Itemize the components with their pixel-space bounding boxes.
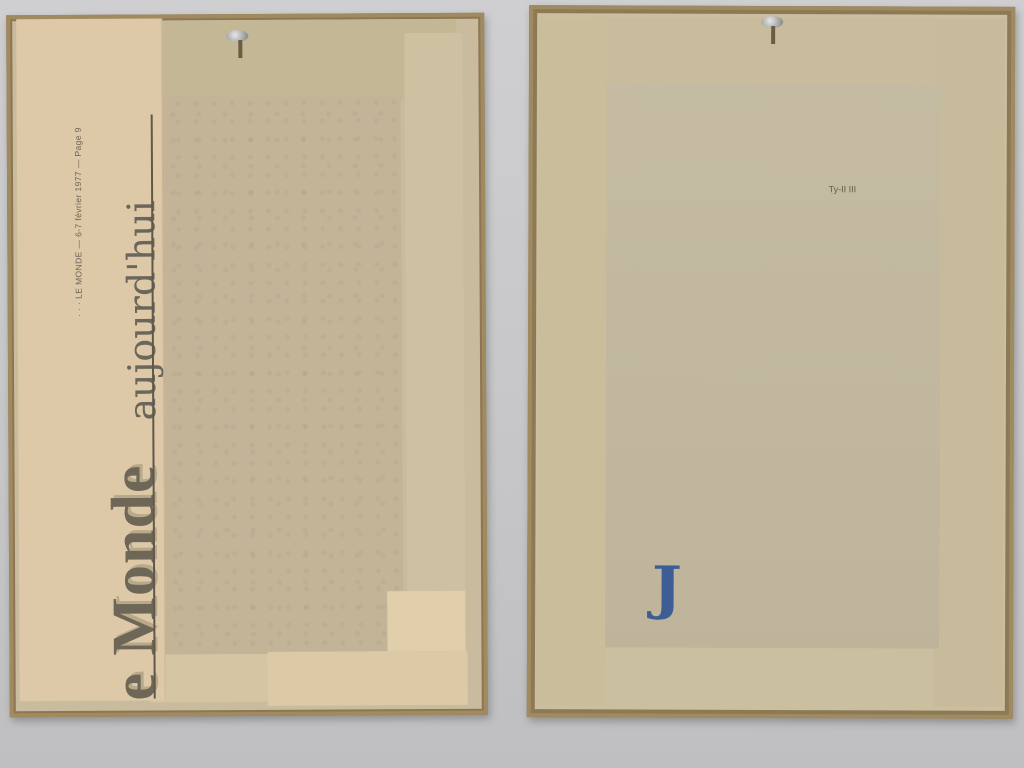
newspaper-section-title: aujourd'hui: [119, 200, 164, 421]
newspaper-strip: · · · LE MONDE — 6-7 février 1977 — Page…: [16, 18, 166, 701]
blue-stamp-letter: J: [652, 554, 682, 622]
cardboard-back: [155, 95, 404, 656]
tape-strip-left: [537, 17, 607, 705]
left-frame: · · · LE MONDE — 6-7 février 1977 — Page…: [6, 13, 488, 717]
pencil-mark: Ty-II III: [829, 184, 857, 194]
newspaper-dateline: · · · LE MONDE — 6-7 février 1977 — Page…: [73, 127, 84, 317]
newspaper-masthead: e Monde: [99, 464, 171, 700]
screw-shank: [771, 26, 775, 44]
tape-strip-right: [933, 19, 1005, 707]
tape-strip-bottom: [587, 645, 953, 706]
screw-shank: [238, 40, 242, 58]
paper-patch: [387, 591, 465, 657]
right-frame: Ty-II III J: [527, 5, 1015, 719]
tape-strip-right: [404, 33, 465, 615]
hanging-screw-icon: [226, 30, 248, 42]
paper-patch-bottom: [268, 651, 468, 706]
